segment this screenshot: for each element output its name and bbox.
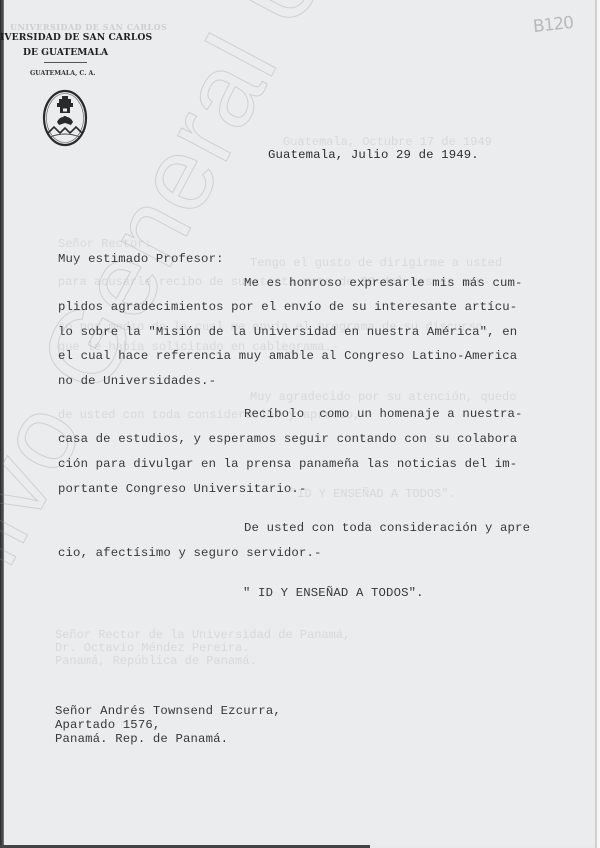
closing-line: De usted con toda consideración y apre — [244, 521, 530, 535]
body-line: casa de estudios, y esperamos seguir con… — [58, 432, 517, 446]
letterhead-faint-line: UNIVERSIDAD DE SAN CARLOS — [10, 22, 167, 32]
institution-name-line1: IVERSIDAD DE SAN CARLOS — [0, 32, 152, 43]
body-line: plidos agradecimientos por el envío de s… — [58, 300, 517, 314]
recipient-country: Panamá. Rep. de Panamá. — [55, 732, 228, 746]
body-line: el cual hace referencia muy amable al Co… — [58, 349, 517, 363]
archive-reference-code: B120 — [532, 13, 574, 37]
university-motto: " ID Y ENSEÑAD A TODOS". — [243, 586, 424, 600]
closing-line: cio, afectísimo y seguro servidor.- — [58, 546, 322, 560]
institution-location: GUATEMALA, C. A. — [30, 70, 95, 77]
body-line: portante Congreso Universitario.- — [58, 482, 306, 496]
body-line: Recíbolo como un homenaje a nuestra- — [244, 407, 523, 421]
recipient-name: Señor Andrés Townsend Ezcurra, — [55, 704, 281, 718]
recipient-address: Apartado 1576, — [55, 718, 160, 732]
body-line: Me es honroso expresarle mis más cum- — [244, 276, 523, 290]
body-line: lo sobre la "Misión de la Universidad en… — [58, 325, 517, 339]
letterhead-rule — [44, 62, 87, 63]
body-line: no de Universidades.- — [58, 374, 216, 388]
institution-name-line2: DE GUATEMALA — [23, 47, 108, 58]
letter-date: Guatemala, Julio 29 de 1949. — [268, 148, 479, 162]
body-line: ción para divulgar en la prensa panameña… — [58, 457, 517, 471]
university-seal-icon — [42, 89, 88, 147]
salutation: Muy estimado Profesor: — [58, 252, 224, 266]
